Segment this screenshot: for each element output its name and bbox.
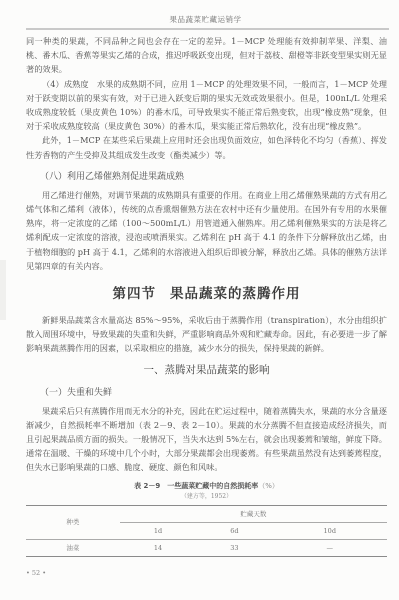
paragraph: 新鲜果品蔬菜含水量高达 85%～95%，采收后由于蒸腾作用（transpirat… (26, 313, 387, 356)
scan-margin-shadow (0, 260, 6, 320)
subheading-1: （一）失重和失鲜 (26, 386, 387, 400)
header-rule (26, 28, 389, 30)
section-title: 第四节果品蔬菜的蒸腾作用 (26, 285, 387, 303)
table-caption: 表 2－9 一些蔬菜贮藏中的自然损耗率（%） (26, 481, 387, 492)
page-body: 同一种类的果蔬，不同品种之间也会存在一定的差异。1－MCP 处理能有效抑制苹果、… (26, 34, 387, 557)
group-header-cell: 贮藏天数 (120, 505, 387, 522)
row-label: 油菜 (26, 539, 120, 556)
table-caption-title: 表 2－9 一些蔬菜贮藏中的自然损耗率 (134, 482, 258, 490)
paragraph: 果蔬采后只有蒸腾作用而无水分的补充，因此在贮运过程中，随着蒸腾失水，果蔬的水分含… (26, 404, 387, 475)
page-number: • 52 • (26, 569, 46, 577)
table-cell: — (273, 539, 387, 556)
paragraph: 同一种类的果蔬，不同品种之间也会存在一定的差异。1－MCP 处理能有效抑制苹果、… (26, 34, 387, 77)
table-row: 油菜 14 33 — (26, 539, 387, 556)
section-heading: 果品蔬菜的蒸腾作用 (170, 286, 301, 302)
table-cell: 33 (196, 539, 272, 556)
sub-section-title: 一、蒸腾对果品蔬菜的影响 (26, 362, 387, 378)
table-caption-unit: （%） (258, 482, 279, 490)
document-page: 果品蔬菜贮藏运销学 同一种类的果蔬，不同品种之间也会存在一定的差异。1－MCP … (0, 0, 399, 600)
column-header: 10d (273, 522, 387, 539)
row-header-cell: 种类 (26, 505, 120, 539)
table-cell: 14 (120, 539, 196, 556)
section-number: 第四节 (113, 286, 157, 302)
paragraph: 此外，1－MCP 在某些采后果蔬上应用时还会出现负面效应，如色泽转化不均匀（香蕉… (26, 133, 387, 161)
subheading-8: （八）利用乙烯催熟剂促进果蔬成熟 (26, 170, 387, 184)
column-header: 6d (196, 522, 272, 539)
running-header: 果品蔬菜贮藏运销学 (26, 14, 385, 28)
column-header: 1d (120, 522, 196, 539)
loss-rate-table: 种类 贮藏天数 1d 6d 10d 油菜 14 33 — (26, 505, 387, 557)
paragraph: （4）成熟度 水果的成熟期不同，应用 1－MCP 的处理效果不同，一般而言，1－… (26, 77, 387, 134)
table-source: （建方等，1952） (26, 492, 387, 502)
paragraph: 用乙烯进行催熟，对调节果蔬的成熟期具有重要的作用。在商业上用乙烯催熟果蔬的方式有… (26, 188, 387, 273)
